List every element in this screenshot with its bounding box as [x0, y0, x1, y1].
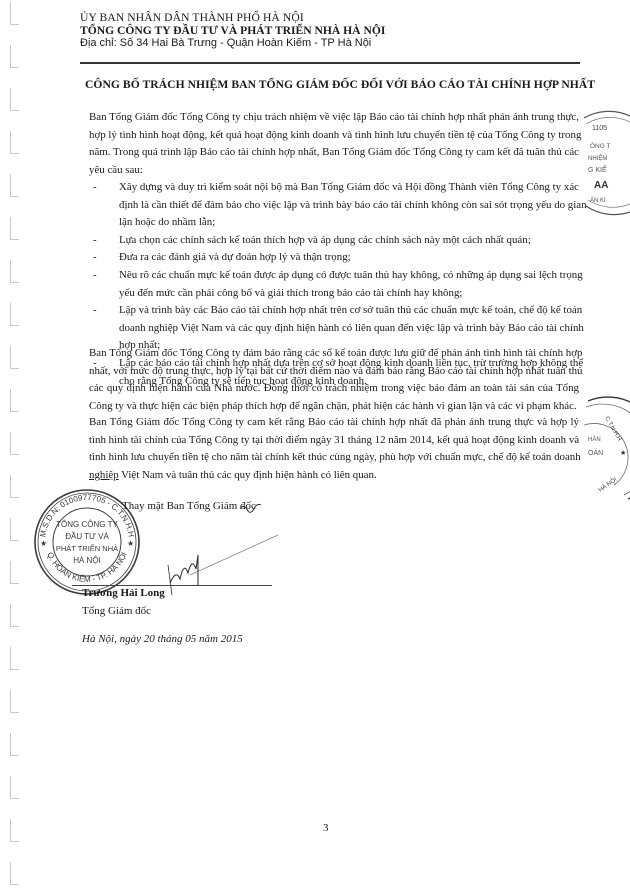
binding-mark — [10, 88, 19, 111]
text-line: hợp lý tình hình hoạt động, kết quả hoạt… — [89, 127, 579, 145]
text-line: các quy định hiện hành của Nhà nước. Đồn… — [89, 380, 579, 398]
binding-mark — [10, 561, 19, 584]
binding-mark — [10, 346, 19, 369]
binding-mark — [10, 174, 19, 197]
text-line: nghiệp Việt Nam và tuân thủ các quy định… — [89, 467, 579, 485]
binding-mark — [10, 690, 19, 713]
binding-mark — [10, 45, 19, 68]
signing-date: Hà Nội, ngày 20 tháng 05 năm 2015 — [82, 633, 243, 645]
binding-marks — [10, 0, 22, 891]
binding-mark — [10, 260, 19, 283]
signer-position: Tổng Giám đốc — [82, 605, 151, 617]
bullet-dash: - — [93, 249, 97, 267]
binding-mark — [10, 776, 19, 799]
list-item: - Nêu rõ các chuẩn mực kế toán được áp d… — [89, 267, 579, 302]
company-address: Địa chỉ: Số 34 Hai Bà Trưng - Quận Hoàn … — [80, 37, 580, 50]
binding-mark — [10, 862, 19, 885]
header-divider — [80, 62, 580, 64]
text-line: Ban Tổng Giám đốc Tổng Công ty chịu trác… — [89, 109, 579, 127]
binding-mark — [10, 819, 19, 842]
stamp-center-line: HÀ NỘI — [73, 556, 101, 565]
bullet-dash: - — [93, 267, 97, 285]
document-page: ỦY BAN NHÂN DÂN THÀNH PHỐ HÀ NỘI TỔNG CÔ… — [0, 0, 630, 891]
bullet-dash: - — [93, 179, 97, 197]
signature-rule — [72, 585, 272, 586]
text-line: Xây dựng và duy trì kiểm soát nội bộ mà … — [119, 179, 579, 197]
commitment-paragraph: Ban Tổng Giám đốc Tổng Công ty cam kết r… — [89, 414, 579, 484]
list-item: - Lựa chọn các chính sách kế toán thích … — [89, 232, 579, 250]
binding-mark — [10, 432, 19, 455]
edge-stamp-text: NHIỆM — [588, 154, 607, 162]
text-line: Công ty và thực hiện các biện pháp thích… — [89, 398, 579, 416]
bullet-dash: - — [93, 232, 97, 250]
svg-text:★: ★ — [620, 449, 626, 457]
company-name: TỔNG CÔNG TY ĐẦU TƯ VÀ PHÁT TRIỂN NHÀ HÀ… — [80, 24, 580, 37]
binding-mark — [10, 303, 19, 326]
text-line: Lựa chọn các chính sách kế toán thích hợ… — [119, 232, 579, 250]
page-number: 3 — [323, 822, 329, 834]
bullet-dash: - — [93, 302, 97, 320]
text-line: lận hoặc do nhầm lẫn; — [119, 214, 579, 232]
edge-stamp-text: OÁN — [588, 448, 603, 457]
text-line: tình hình lưu chuyển tiền tệ cho năm tài… — [89, 449, 579, 467]
text-line: Lập và trình bày các Báo cáo tài chính h… — [119, 302, 579, 320]
binding-mark — [10, 2, 19, 25]
underlined-word: nghiệp — [89, 469, 119, 481]
text-line: năm. Trong quá trình lập Báo cáo tài chí… — [89, 144, 579, 162]
edge-stamp-text: ÁN KI — [590, 197, 606, 204]
edge-stamp-text: G KIỂ — [588, 165, 607, 174]
letterhead: ỦY BAN NHÂN DÂN THÀNH PHỐ HÀ NỘI TỔNG CÔ… — [80, 11, 580, 50]
binding-mark — [10, 217, 19, 240]
text-line: Ban Tổng Giám đốc Tổng Công ty đảm bảo r… — [89, 345, 579, 363]
assurance-paragraph: Ban Tổng Giám đốc Tổng Công ty đảm bảo r… — [89, 345, 579, 415]
binding-mark — [10, 604, 19, 627]
text-fragment: Việt Nam và tuân thủ các quy định hiện h… — [119, 469, 377, 481]
binding-mark — [10, 518, 19, 541]
authority-name: ỦY BAN NHÂN DÂN THÀNH PHỐ HÀ NỘI — [80, 11, 580, 24]
binding-mark — [10, 389, 19, 412]
edge-stamp-text: ÔNG T — [590, 141, 610, 150]
edge-stamp-lower: C.T.N.H.H HÀN OÁN ★ HÀ NỘI — [584, 395, 630, 505]
text-line: yêu cầu sau: — [89, 162, 579, 180]
text-line: nhất, với mức độ trung thực, hợp lý tại … — [89, 363, 579, 381]
handwritten-signature — [110, 495, 290, 595]
edge-stamp-text: HÀN — [588, 436, 601, 443]
edge-stamp-text: AA — [594, 180, 608, 191]
edge-stamp-text: 1105 — [592, 125, 607, 132]
svg-text:★: ★ — [40, 539, 47, 548]
text-line: Ban Tổng Giám đốc Tổng Công ty cam kết r… — [89, 414, 579, 432]
signer-name: Trương Hải Long — [82, 587, 165, 599]
list-item: - Đưa ra các đánh giá và dự đoán hợp lý … — [89, 249, 579, 267]
edge-stamp-text: C.T.N.H.H — [603, 416, 622, 442]
intro-paragraph: Ban Tổng Giám đốc Tổng Công ty chịu trác… — [89, 109, 579, 179]
document-title: CÔNG BỐ TRÁCH NHIỆM BAN TỔNG GIÁM ĐỐC ĐỐ… — [85, 78, 595, 91]
text-line: Nêu rõ các chuẩn mực kế toán được áp dụn… — [119, 267, 579, 285]
text-line: doanh nghiệp Việt Nam và các quy định hi… — [119, 320, 579, 338]
text-line: Đưa ra các đánh giá và dự đoán hợp lý và… — [119, 249, 579, 267]
stamp-center-line: PHÁT TRIỂN NHÀ — [56, 544, 118, 553]
stamp-center-line: ĐẦU TƯ VÀ — [65, 531, 109, 541]
text-line: yếu đến mức cần phải công bố và giải thí… — [119, 285, 579, 303]
binding-mark — [10, 475, 19, 498]
text-line: định là cần thiết để đảm bảo cho việc lậ… — [119, 197, 579, 215]
edge-stamp-text: HÀ NỘI — [597, 476, 618, 494]
binding-mark — [10, 647, 19, 670]
binding-mark — [10, 131, 19, 154]
edge-stamp-upper: 1105 ÔNG T NHIỆM G KIỂ AA ÁN KI — [584, 108, 630, 218]
text-line: tình hình tài chính của Tổng Công ty tại… — [89, 432, 579, 450]
list-item: - Xây dựng và duy trì kiểm soát nội bộ m… — [89, 179, 579, 232]
binding-mark — [10, 733, 19, 756]
